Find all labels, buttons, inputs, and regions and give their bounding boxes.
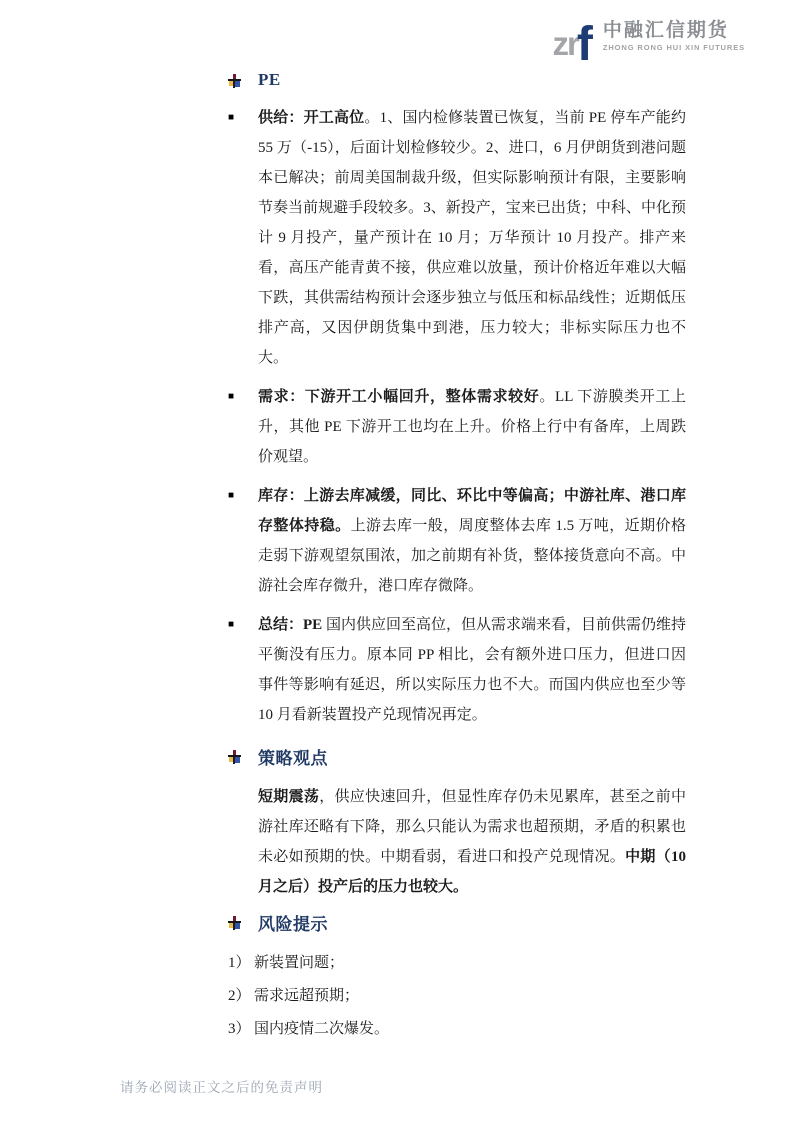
report-content: PE ■ 供给：开工高位。1、国内检修装置已恢复，当前 PE 停车产能约 55 … [228,70,686,1047]
risk-item-text: 需求远超预期； [254,981,359,1011]
colored-square-bullet-icon [228,749,242,764]
bullet-item-inventory: ■ 库存：上游去库减缓，同比、环比中等偏高；中游社库、港口库存整体持稳。上游去库… [228,481,686,601]
pe-bullet-list: ■ 供给：开工高位。1、国内检修装置已恢复，当前 PE 停车产能约 55 万（-… [228,103,686,730]
risk-list: 1） 新装置问题； 2） 需求远超预期； 3） 国内疫情二次爆发。 [228,948,686,1044]
section-title-pe: PE [258,70,281,90]
company-logo: zr f 中融汇信期货 ZHONG RONG HUI XIN FUTURES [553,12,745,60]
bullet-text-inventory: 库存：上游去库减缓，同比、环比中等偏高；中游社库、港口库存整体持稳。上游去库一般… [258,481,686,601]
bullet-text-summary: 总结：PE 国内供应回至高位，但从需求端来看，目前供需仍维持平衡没有压力。原本同… [258,610,686,730]
bullet-item-supply: ■ 供给：开工高位。1、国内检修装置已恢复，当前 PE 停车产能约 55 万（-… [228,103,686,373]
footer-disclaimer: 请务必阅读正文之后的免责声明 [120,1076,323,1096]
bullet-body-summary: 国内供应回至高位，但从需求端来看，目前供需仍维持平衡没有压力。原本同 PP 相比… [258,617,686,723]
bullet-lead-demand: 需求：下游开工小幅回升，整体需求较好 [258,389,539,405]
logo-wordmark: zr f [553,12,593,60]
risk-item-text: 新装置问题； [254,948,344,978]
company-name-cn: 中融汇信期货 [603,20,745,42]
bullet-body-supply: 。1、国内检修装置已恢复，当前 PE 停车产能约 55 万（-15），后面计划检… [258,110,686,366]
report-page: zr f 中融汇信期货 ZHONG RONG HUI XIN FUTURES P… [0,0,793,1122]
square-bullet-icon: ■ [228,481,258,601]
square-bullet-icon: ■ [228,610,258,730]
section-title-risk: 风险提示 [258,910,328,935]
risk-item-number: 2） [228,981,254,1011]
section-heading-risk: 风险提示 [228,910,686,935]
logo-letter-f: f [577,21,593,69]
colored-square-bullet-icon [228,915,242,930]
section-heading-strategy: 策略观点 [228,744,686,769]
strategy-body: ，供应快速回升，但显性库存仍未见累库，甚至之前中游社库还略有下降，那么只能认为需… [258,789,686,865]
risk-item: 1） 新装置问题； [228,948,686,978]
section-heading-pe: PE [228,70,686,90]
strategy-paragraph: 短期震荡，供应快速回升，但显性库存仍未见累库，甚至之前中游社库还略有下降，那么只… [258,782,686,902]
strategy-bold-start: 短期震荡 [258,789,319,805]
company-name-en: ZHONG RONG HUI XIN FUTURES [603,43,745,52]
risk-item-number: 1） [228,948,254,978]
risk-item: 3） 国内疫情二次爆发。 [228,1014,686,1044]
bullet-item-demand: ■ 需求：下游开工小幅回升，整体需求较好。LL 下游膜类开工上升，其他 PE 下… [228,382,686,472]
bullet-text-demand: 需求：下游开工小幅回升，整体需求较好。LL 下游膜类开工上升，其他 PE 下游开… [258,382,686,472]
bullet-text-supply: 供给：开工高位。1、国内检修装置已恢复，当前 PE 停车产能约 55 万（-15… [258,103,686,373]
logo-names: 中融汇信期货 ZHONG RONG HUI XIN FUTURES [603,20,745,53]
bullet-lead-supply: 供给：开工高位 [258,110,364,126]
colored-square-bullet-icon [228,73,242,88]
square-bullet-icon: ■ [228,382,258,472]
logo-letters-zr: zr [553,27,578,60]
risk-item-text: 国内疫情二次爆发。 [254,1014,389,1044]
risk-item: 2） 需求远超预期； [228,981,686,1011]
square-bullet-icon: ■ [228,103,258,373]
bullet-lead-summary: 总结：PE [258,617,322,633]
risk-item-number: 3） [228,1014,254,1044]
section-title-strategy: 策略观点 [258,744,328,769]
bullet-item-summary: ■ 总结：PE 国内供应回至高位，但从需求端来看，目前供需仍维持平衡没有压力。原… [228,610,686,730]
